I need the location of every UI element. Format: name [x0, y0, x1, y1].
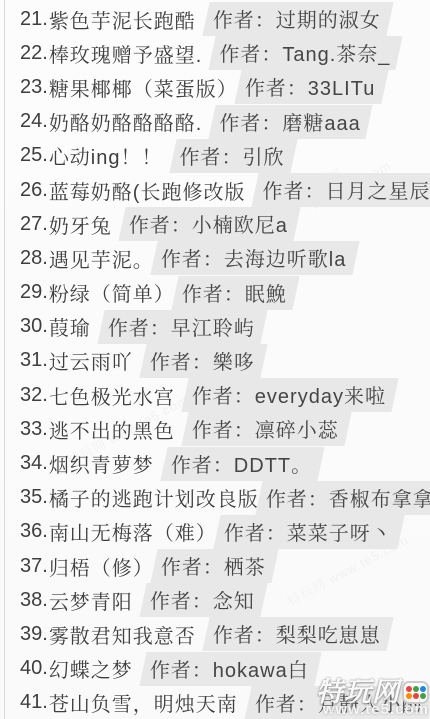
list-item: 22.棒玫瑰赠予盛望. 作者：Tang.茶奈_	[20, 36, 430, 70]
item-author: 作者：小楠欧尼a	[122, 207, 297, 241]
item-title: 葭瑜	[49, 312, 91, 341]
item-number: 33.	[20, 418, 48, 441]
item-title: 云梦青阳	[49, 586, 133, 615]
item-author-text: 作者：樂哆	[150, 352, 255, 374]
item-number: 36.	[20, 520, 48, 543]
page: 特玩网 www.te5.com 特玩网 www.te5.com 特玩网 www.…	[0, 0, 430, 719]
list-item: 29.粉绿（简单） 作者：眠鮸	[20, 276, 430, 310]
list-item: 27.奶牙兔 作者：小楠欧尼a	[20, 207, 430, 241]
item-author-text: 作者：日月之星辰	[262, 181, 430, 203]
item-number: 37.	[20, 555, 48, 578]
item-title: 心动ing！！	[49, 141, 163, 170]
list-item: 38.云梦青阳 作者：念知	[20, 583, 430, 617]
list-item: 32.七色极光水宫 作者：everyday来啦	[20, 378, 430, 412]
item-author: 作者：眠鮸	[175, 276, 296, 310]
item-title: 归梧（修）	[49, 552, 154, 581]
item-author: 作者：樂哆	[143, 344, 264, 378]
gamepad-dot	[413, 686, 419, 692]
gamepad-dot	[406, 693, 412, 699]
item-title: 遇见芋泥。	[49, 244, 154, 273]
item-author: 作者：去海边听歌la	[154, 241, 356, 275]
left-divider-line	[4, 0, 5, 719]
list-item: 28.遇见芋泥。 作者：去海边听歌la	[20, 241, 430, 275]
list-item: 31.过云雨吖 作者：樂哆	[20, 344, 430, 378]
item-author-text: 作者：hokawa白	[150, 660, 309, 682]
item-author: 作者：凛碎小蕊	[185, 412, 348, 446]
item-author: 作者：菜菜子呀丶	[217, 515, 401, 549]
item-number: 34.	[20, 452, 48, 475]
item-author: 作者：磨糖aaa	[212, 105, 369, 139]
list-item: 30.葭瑜 作者：早江聆屿	[20, 310, 430, 344]
list-item: 23.糖果椰椰（菜蛋版） 作者：33LITu	[20, 70, 430, 104]
gamepad-dot	[413, 693, 419, 699]
item-author-text: 作者：磨糖aaa	[219, 113, 360, 135]
item-title: 雾散君知我意否	[49, 620, 196, 649]
item-number: 29.	[20, 281, 48, 304]
list-item: 34.烟织青萝梦 作者：DDTT。	[20, 446, 430, 480]
list-item: 37.归梧（修） 作者：栖茶	[20, 549, 430, 583]
item-title: 蓝莓奶酪(长跑修改版	[49, 176, 246, 205]
item-number: 30.	[20, 315, 48, 338]
item-number: 24.	[20, 110, 48, 133]
list-item: 33.逃不出的黑色 作者：凛碎小蕊	[20, 412, 430, 446]
item-author-text: 作者：香椒布拿拿	[266, 489, 430, 511]
item-number: 23.	[20, 76, 48, 99]
item-number: 26.	[20, 179, 48, 202]
list-item: 21.紫色芋泥长跑酷 作者：过期的淑女	[20, 2, 430, 36]
item-author: 作者：香椒布拿拿	[259, 481, 430, 515]
item-author-text: 作者：凛碎小蕊	[192, 420, 339, 442]
gamepad-icon	[402, 681, 429, 704]
gamepad-dot	[420, 693, 426, 699]
item-title: 苍山负雪，明烛天南	[49, 688, 238, 717]
item-number: 27.	[20, 213, 48, 236]
watermark-url: www.te5.com	[316, 702, 429, 717]
item-author-text: 作者：去海边听歌la	[161, 249, 347, 271]
gamepad-dot	[406, 686, 412, 692]
item-author: 作者：过期的淑女	[206, 2, 390, 36]
item-title: 七色极光水宫	[49, 381, 175, 410]
item-author: 作者：33LITu	[238, 70, 385, 104]
item-number: 31.	[20, 349, 48, 372]
item-number: 21.	[20, 8, 48, 31]
item-author-text: 作者：菜菜子呀丶	[224, 523, 392, 545]
item-title: 棒玫瑰赠予盛望.	[49, 39, 203, 68]
item-author-text: 作者：早江聆屿	[108, 318, 255, 340]
item-number: 35.	[20, 486, 48, 509]
item-number: 40.	[20, 657, 48, 680]
item-number: 39.	[20, 623, 48, 646]
item-number: 41.	[20, 691, 48, 714]
list-item: 25.心动ing！！ 作者：引欣	[20, 139, 430, 173]
item-title: 烟织青萝梦	[49, 449, 154, 478]
item-title: 橘子的逃跑计划改良版	[49, 483, 259, 512]
item-author-text: 作者：引欣	[180, 147, 285, 169]
item-title: 粉绿（简单）	[49, 278, 175, 307]
item-title: 糖果椰椰（菜蛋版）	[49, 73, 238, 102]
item-author: 作者：everyday来啦	[185, 378, 395, 412]
item-title: 奶酪奶酪酪酪酪.	[49, 107, 203, 136]
item-author-text: 作者：Tang.茶奈_	[219, 44, 390, 66]
list-item: 24.奶酪奶酪酪酪酪. 作者：磨糖aaa	[20, 105, 430, 139]
list-item: 36.南山无梅落（难） 作者：菜菜子呀丶	[20, 515, 430, 549]
item-author: 作者：日月之星辰	[255, 173, 430, 207]
item-title: 逃不出的黑色	[49, 415, 175, 444]
list-item: 35.橘子的逃跑计划改良版 作者：香椒布拿拿	[20, 481, 430, 515]
item-title: 紫色芋泥长跑酷	[49, 5, 196, 34]
item-title: 南山无梅落（难）	[49, 517, 217, 546]
item-author-text: 作者：everyday来啦	[192, 386, 386, 408]
song-list: 21.紫色芋泥长跑酷 作者：过期的淑女 22.棒玫瑰赠予盛望. 作者：Tang.…	[20, 2, 430, 719]
item-author-text: 作者：眠鮸	[182, 284, 287, 306]
item-number: 32.	[20, 384, 48, 407]
item-number: 22.	[20, 42, 48, 65]
item-number: 25.	[20, 144, 48, 167]
item-number: 38.	[20, 589, 48, 612]
list-item: 26.蓝莓奶酪(长跑修改版 作者：日月之星辰	[20, 173, 430, 207]
item-author: 作者：hokawa白	[143, 652, 318, 686]
item-author-text: 作者：念知	[150, 591, 255, 613]
item-author: 作者：梨梨吃崽崽	[206, 617, 390, 651]
site-watermark: 特玩网 www.te5.com	[316, 679, 429, 717]
list-item: 39.雾散君知我意否 作者：梨梨吃崽崽	[20, 617, 430, 651]
item-number: 28.	[20, 247, 48, 270]
item-author: 作者：念知	[143, 583, 264, 617]
item-title: 幻蝶之梦	[49, 654, 133, 683]
item-author: 作者：引欣	[173, 139, 294, 173]
item-title: 过云雨吖	[49, 346, 133, 375]
item-author: 作者：早江聆屿	[101, 310, 264, 344]
item-author-text: 作者：小楠欧尼a	[129, 215, 288, 237]
item-author-text: 作者：DDTT。	[171, 455, 312, 477]
item-author: 作者：DDTT。	[164, 447, 321, 481]
item-author: 作者：Tang.茶奈_	[212, 36, 399, 70]
item-author-text: 作者：栖茶	[161, 557, 266, 579]
item-author: 作者：栖茶	[154, 549, 275, 583]
item-author-text: 作者：梨梨吃崽崽	[213, 625, 381, 647]
item-author-text: 作者：33LITu	[245, 78, 376, 100]
gamepad-dot	[420, 686, 426, 692]
item-title: 奶牙兔	[49, 210, 112, 239]
item-author-text: 作者：过期的淑女	[213, 10, 381, 32]
